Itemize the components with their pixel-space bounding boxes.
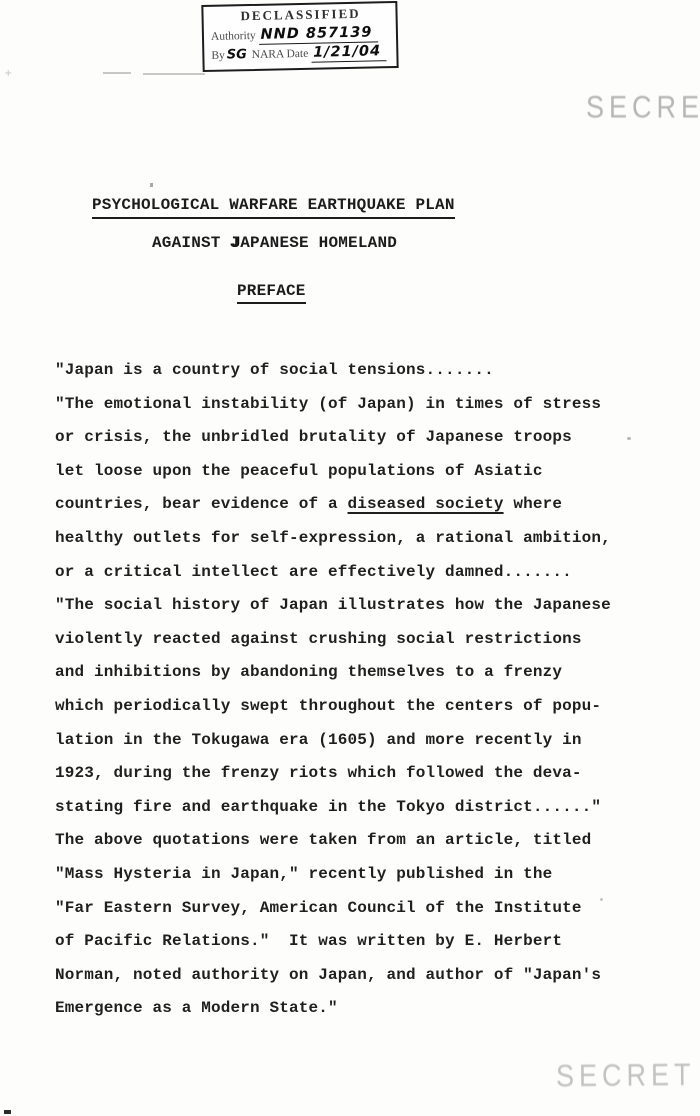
body-line: violently reacted against crushing socia… <box>55 623 670 657</box>
by-label: By <box>211 50 225 62</box>
body-line: The above quotations were taken from an … <box>55 824 670 858</box>
scan-noise-dash <box>103 72 131 74</box>
body-line: or a critical intellect are effectively … <box>55 556 670 590</box>
body-line: or crisis, the unbridled brutality of Ja… <box>55 421 670 455</box>
body-line: of Pacific Relations." It was written by… <box>55 925 670 959</box>
preface-body: "Japan is a country of social tensions..… <box>55 354 670 1026</box>
scan-noise-corner-speck <box>4 1110 11 1114</box>
authority-label: Authority <box>211 30 256 43</box>
body-line: and inhibitions by abandoning themselves… <box>55 656 670 690</box>
document-title-line2: AGAINST JAPANESE HOMELAND <box>152 234 397 252</box>
body-line: Emergence as a Modern State." <box>55 992 670 1026</box>
body-line: "The emotional instability (of Japan) in… <box>55 388 670 422</box>
title-line2-post: APANESE HOMELAND <box>240 234 397 252</box>
secret-stamp-bottom: SECRET <box>556 1056 696 1094</box>
authority-handwritten-value: NND 857139 <box>258 24 377 44</box>
body-line: Norman, noted authority on Japan, and au… <box>55 959 670 993</box>
title-line2-overstruck-j: J <box>230 234 240 252</box>
body-line: "Mass Hysteria in Japan," recently publi… <box>55 858 670 892</box>
document-title-line1: PSYCHOLOGICAL WARFARE EARTHQUAKE PLAN <box>92 196 455 219</box>
scan-noise-dash <box>143 73 205 75</box>
scanned-document-page: DECLASSIFIED Authority NND 857139 BySG N… <box>0 0 700 1116</box>
declassified-by-row: BySG NARA Date 1/21/04 <box>211 43 391 63</box>
scan-noise-mark <box>150 183 153 187</box>
declassified-authority-row: Authority NND 857139 <box>211 24 391 44</box>
body-line: "The social history of Japan illustrates… <box>55 589 670 623</box>
nara-date-label: NARA Date <box>252 48 309 61</box>
body-line: "Far Eastern Survey, American Council of… <box>55 892 670 926</box>
body-line: "Japan is a country of social tensions..… <box>55 354 670 388</box>
by-handwritten-initials: SG <box>225 47 249 63</box>
body-line: lation in the Tokugawa era (1605) and mo… <box>55 724 670 758</box>
nara-date-handwritten-value: 1/21/04 <box>311 43 386 63</box>
declassified-stamp-title: DECLASSIFIED <box>210 5 390 25</box>
body-line: which periodically swept throughout the … <box>55 690 670 724</box>
declassified-stamp: DECLASSIFIED Authority NND 857139 BySG N… <box>201 1 398 72</box>
body-line-segment: where <box>504 495 563 513</box>
scan-noise-dot <box>627 437 631 440</box>
underlined-phrase: diseased society <box>348 495 504 513</box>
body-line: let loose upon the peaceful populations … <box>55 455 670 489</box>
preface-heading: PREFACE <box>237 282 306 304</box>
scan-noise-mark: + <box>4 70 12 78</box>
body-line: 1923, during the frenzy riots which foll… <box>55 757 670 791</box>
body-line-segment: countries, bear evidence of a <box>55 495 348 513</box>
title-line2-pre: AGAINST <box>152 234 230 252</box>
body-line: stating fire and earthquake in the Tokyo… <box>55 791 670 825</box>
body-line-with-underline: countries, bear evidence of a diseased s… <box>55 488 670 522</box>
secret-stamp-top: SECRET <box>586 89 700 126</box>
body-line: healthy outlets for self-expression, a r… <box>55 522 670 556</box>
scan-noise-dot <box>600 898 603 901</box>
